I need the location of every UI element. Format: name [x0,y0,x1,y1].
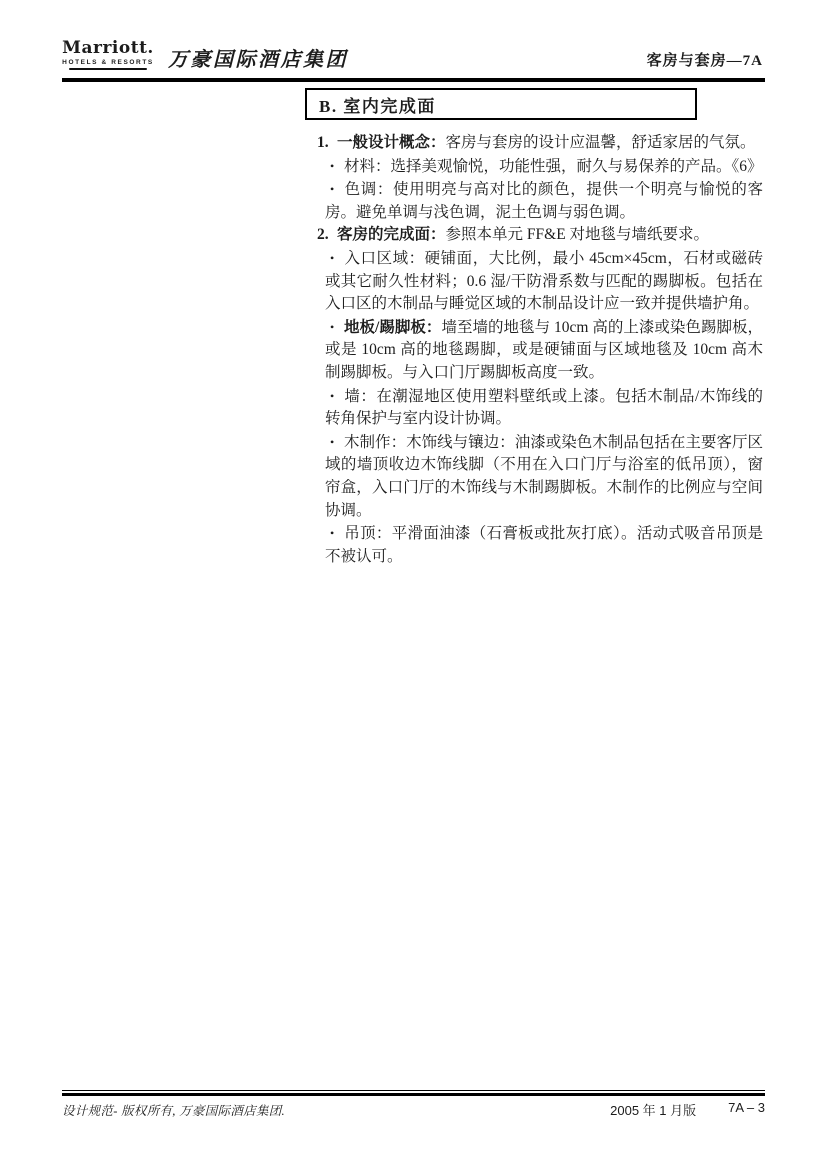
bullet-icon: • [330,316,344,339]
bullet-icon: • [330,155,344,178]
bullet-label: 色调： [344,181,393,198]
item-2-heading: 2.客房的完成面：参照本单元 FF&E 对地毯与墙纸要求。 [325,224,763,247]
logo-tagline-text: HOTELS & RESORTS [62,59,154,66]
item-label: 一般设计概念： [337,134,446,151]
logo-underline [69,68,147,70]
bullet-label: 墙： [344,388,376,405]
bullet-entry-area: •入口区域：硬铺面，大比例，最小 45cm×45cm，石材或磁砖或其它耐久性材料… [325,247,763,316]
bullet-label: 地板/踢脚板： [344,319,441,336]
bullet-icon: • [330,247,344,270]
bullet-floor-skirting: •地板/踢脚板：墙至墙的地毯与 10cm 高的上漆或染色踢脚板，或是 10cm … [325,316,763,385]
bullet-icon: • [330,178,344,201]
bullet-color-tone: •色调：使用明亮与高对比的颜色，提供一个明亮与愉悦的客房。避免单调与浅色调，泥土… [325,178,763,224]
bullet-material: •材料：选择美观愉悦，功能性强，耐久与易保养的产品。《6》 [325,155,763,179]
bullet-label: 入口区域： [344,250,425,267]
bullet-text: 在潮湿地区使用塑料壁纸或上漆。包括木制品/木饰线的转角保护与室内设计协调。 [325,388,763,428]
item-text: 参照本单元 FF&E 对地毯与墙纸要求。 [446,226,710,243]
item-text: 客房与套房的设计应温馨，舒适家居的气氛。 [446,134,756,151]
section-title-box: B. 室内完成面 [305,88,697,120]
bullet-icon: • [330,522,344,545]
header: Marriott. HOTELS & RESORTS 万豪国际酒店集团 [64,40,348,72]
footer-right-group: 2005 年 1 月版 7A – 3 [610,1100,765,1119]
bullet-ceiling: •吊顶：平滑面油漆（石膏板或批灰打底）。活动式吸音吊顶是不被认可。 [325,522,763,568]
section-title: B. 室内完成面 [319,92,436,117]
bullet-label: 吊顶： [344,525,392,542]
bullet-wall: •墙：在潮湿地区使用塑料壁纸或上漆。包括木制品/木饰线的转角保护与室内设计协调。 [325,385,763,431]
footer-page-number: 7A – 3 [728,1100,765,1119]
bullet-icon: • [330,431,344,454]
document-page: Marriott. HOTELS & RESORTS 万豪国际酒店集团 客房与套… [0,0,827,1169]
bullet-icon: • [330,385,344,408]
bullet-label: 木制作： [344,434,406,451]
footer-copyright: 设计规范- 版权所有, 万豪国际酒店集团. [62,1101,285,1119]
bullet-text: 选择美观愉悦，功能性强，耐久与易保养的产品。《6》 [391,158,763,175]
footer-rule-thin [62,1090,765,1091]
item-1-heading: 1.一般设计概念：客房与套房的设计应温馨，舒适家居的气氛。 [325,132,763,155]
item-number: 2. [317,224,337,247]
logo-brand-text: Marriott. [62,40,154,57]
header-rule [62,78,765,82]
item-label: 客房的完成面： [337,226,446,243]
body-content: 1.一般设计概念：客房与套房的设计应温馨，舒适家居的气氛。 •材料：选择美观愉悦… [325,132,763,568]
item-number: 1. [317,132,337,155]
marriott-logo: Marriott. HOTELS & RESORTS [64,40,152,70]
footer: 设计规范- 版权所有, 万豪国际酒店集团. 2005 年 1 月版 7A – 3 [62,1100,765,1119]
bullet-label: 材料： [344,158,391,175]
company-name-cn: 万豪国际酒店集团 [168,43,348,72]
footer-rule-thick [62,1093,765,1096]
footer-edition: 2005 年 1 月版 [610,1100,696,1119]
header-section-reference: 客房与套房—7A [647,49,763,70]
bullet-millwork: •木制作：木饰线与镶边：油漆或染色木制品包括在主要客厅区域的墙顶收边木饰线脚（不… [325,431,763,522]
